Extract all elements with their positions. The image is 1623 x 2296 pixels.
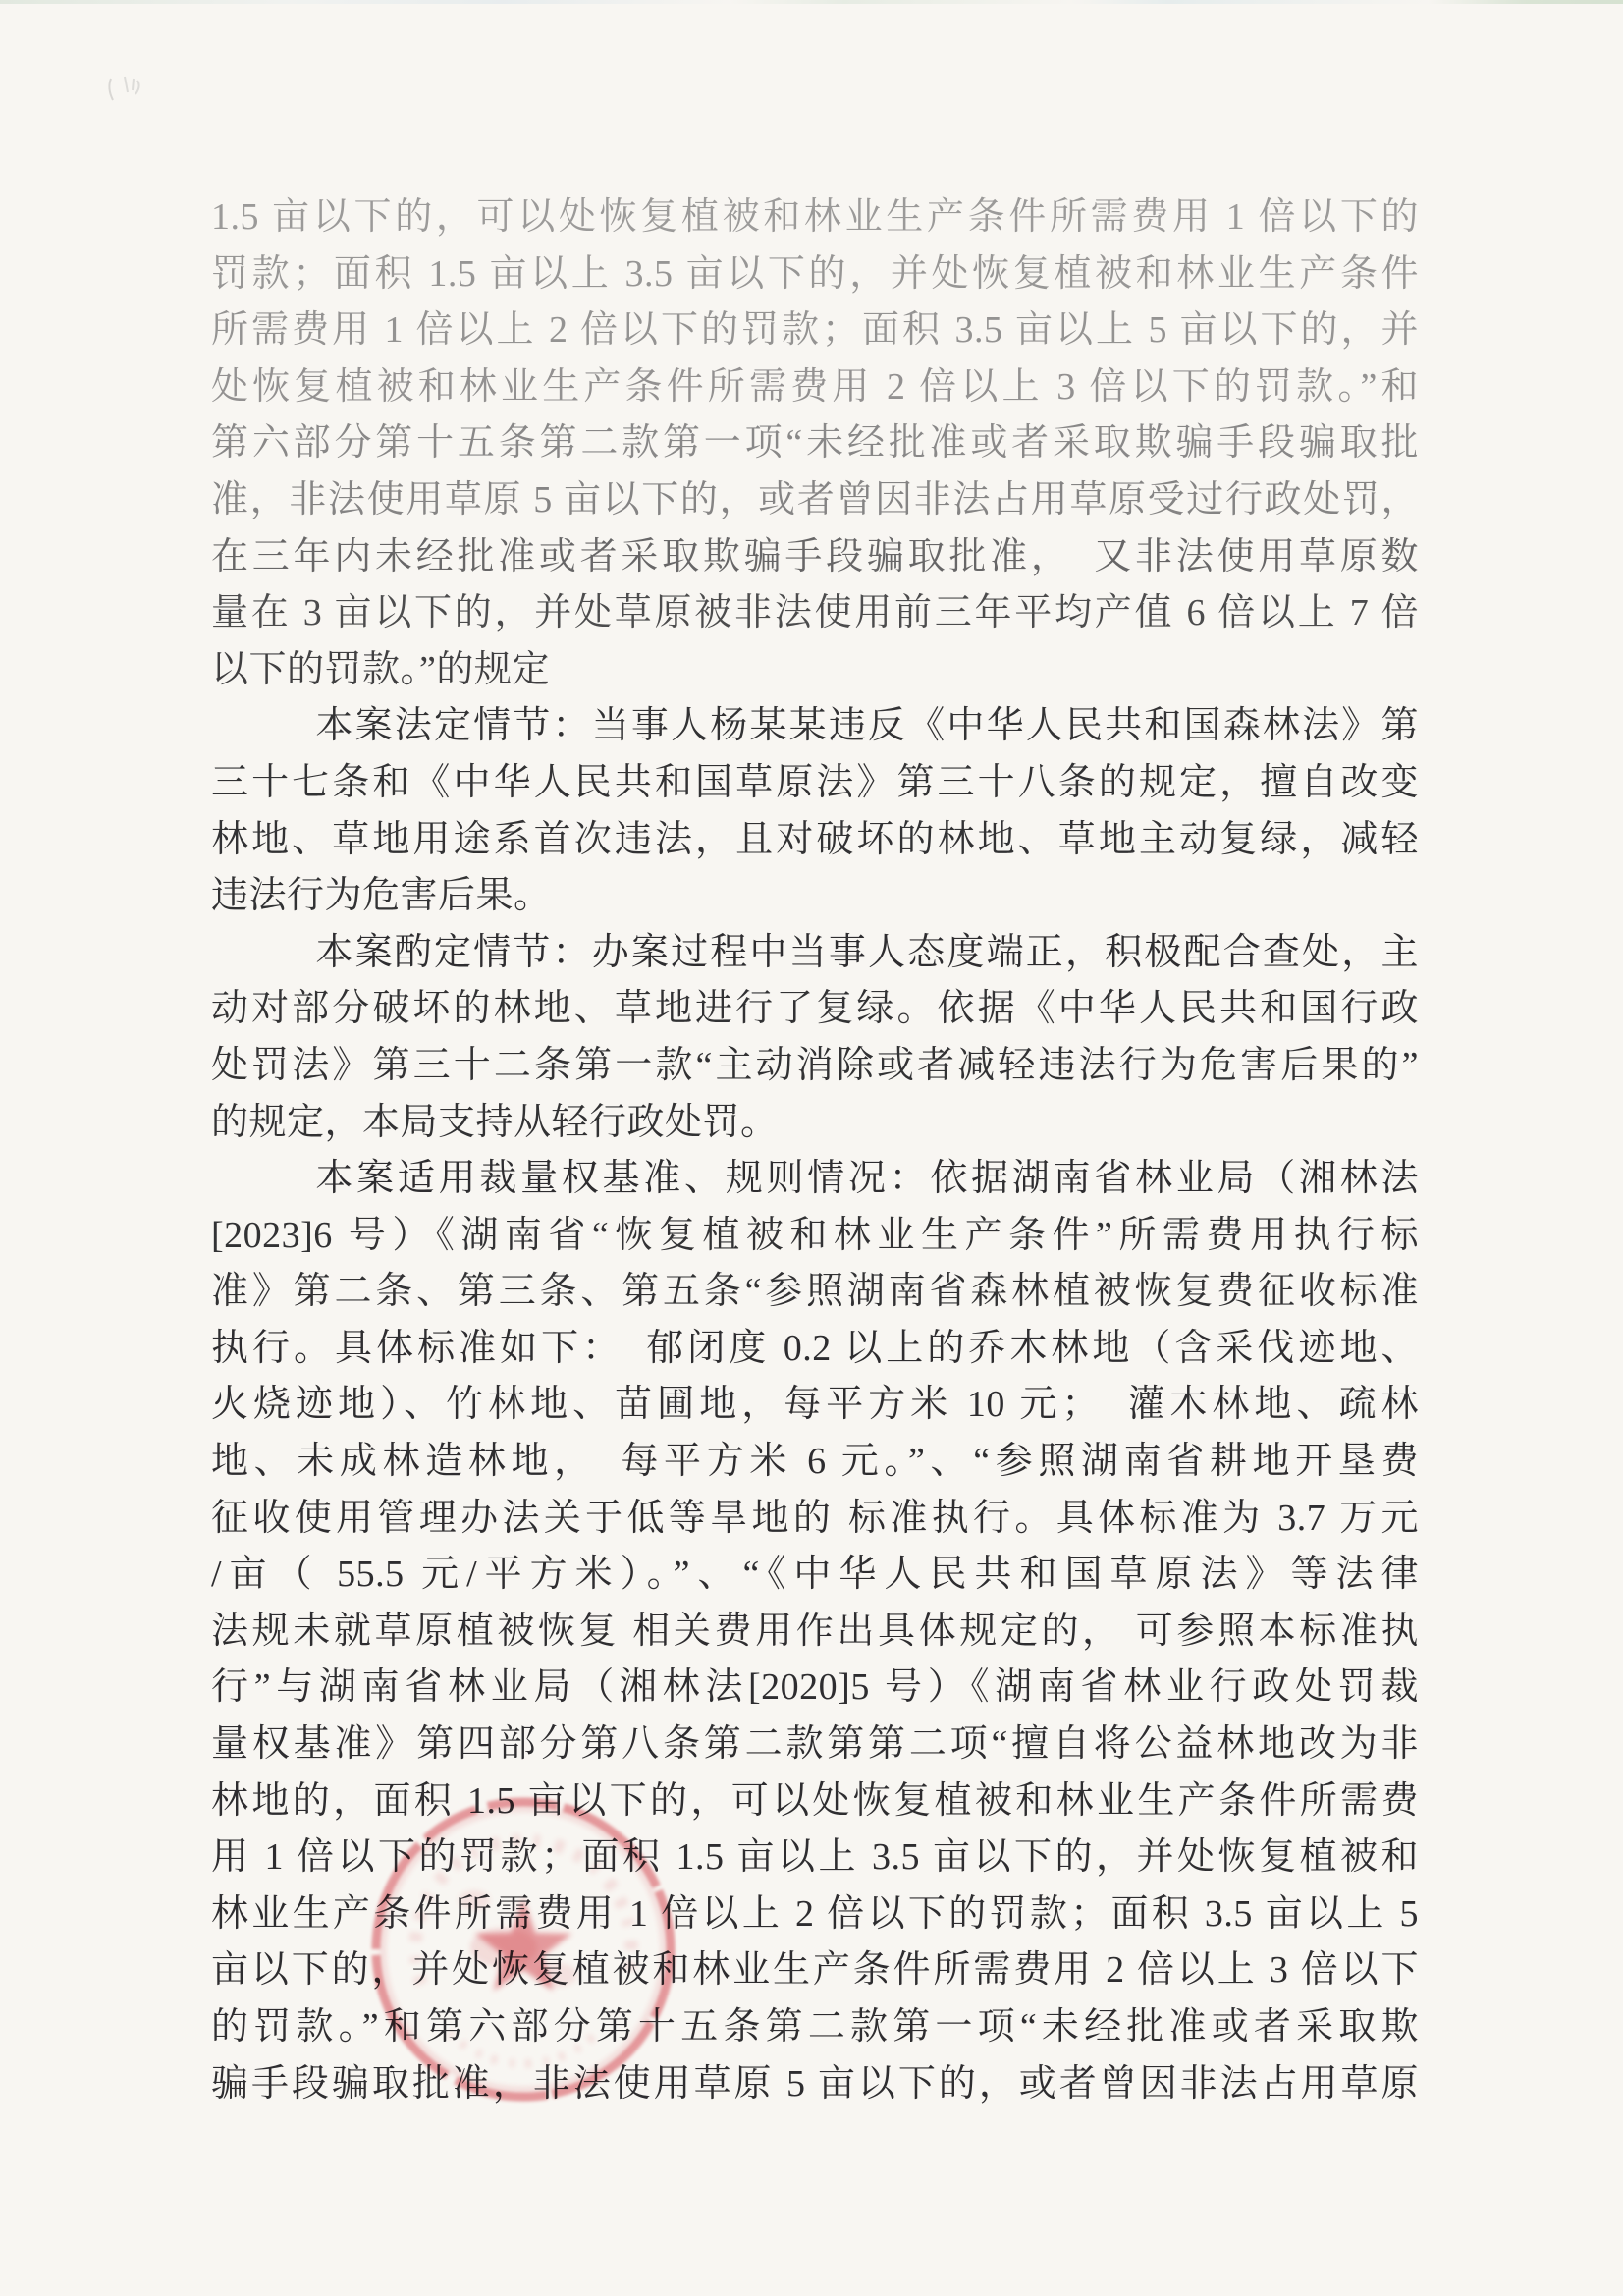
text-line-16: 处罚法》第三十二条第一款“主动消除或者减轻违法行为危害后果的” <box>211 1038 1419 1095</box>
text-line-17: 的规定，本局支持从轻行政处罚。 <box>211 1095 1419 1152</box>
text-line-6: 准，非法使用草原 5 亩以下的，或者曾因非法占用草原受过行政处罚， <box>211 472 1419 529</box>
text-line-18: 本案适用裁量权基准、规则情况：依据湖南省林业局（湘林法 <box>211 1151 1419 1208</box>
text-line-26: 法规未就草原植被恢复 相关费用作出具体规定的， 可参照本标准执 <box>211 1604 1419 1661</box>
text-line-33: 的罚款。”和第六部分第十五条第二款第一项“未经批准或者采取欺 <box>211 1999 1419 2056</box>
text-line-13: 违法行为危害后果。 <box>211 868 1419 925</box>
text-line-8: 量在 3 亩以下的，并处草原被非法使用前三年平均产值 6 倍以上 7 倍 <box>211 585 1419 642</box>
text-line-24: 征收使用管理办法关于低等旱地的 标准执行。具体标准为 3.7 万元 <box>211 1491 1419 1548</box>
text-line-28: 量权基准》第四部分第八条第二款第第二项“擅自将公益林地改为非 <box>211 1717 1419 1774</box>
text-line-25: /亩（ 55.5 元/平方米）。”、“《中华人民共和国草原法》等法律 <box>211 1547 1419 1604</box>
scanned-document-page: 1.5 亩以下的，可以处恢复植被和林业生产条件所需费用 1 倍以下的罚款；面积 … <box>0 0 1623 2296</box>
text-line-21: 执行。具体标准如下： 郁闭度 0.2 以上的乔木林地（含采伐迹地、 <box>211 1321 1419 1378</box>
text-line-23: 地、未成林造林地， 每平方米 6 元。”、“参照湖南省耕地开垦费 <box>211 1434 1419 1491</box>
text-line-14: 本案酌定情节：办案过程中当事人态度端正，积极配合查处，主 <box>211 925 1419 982</box>
text-line-29: 林地的，面积 1.5 亩以下的，可以处恢复植被和林业生产条件所需费 <box>211 1774 1419 1831</box>
text-line-32: 亩以下的，并处恢复植被和林业生产条件所需费用 2 倍以上 3 倍以下 <box>211 1942 1419 1999</box>
text-line-30: 用 1 倍以下的罚款；面积 1.5 亩以上 3.5 亩以下的，并处恢复植被和 <box>211 1830 1419 1886</box>
text-line-3: 所需费用 1 倍以上 2 倍以下的罚款；面积 3.5 亩以上 5 亩以下的，并 <box>211 302 1419 359</box>
text-line-34: 骗手段骗取批准，非法使用草原 5 亩以下的，或者曾因非法占用草原 <box>211 2056 1419 2113</box>
text-line-4: 处恢复植被和林业生产条件所需费用 2 倍以上 3 倍以下的罚款。”和 <box>211 359 1419 416</box>
text-line-20: 准》第二条、第三条、第五条“参照湖南省森林植被恢复费征收标准 <box>211 1264 1419 1321</box>
text-line-27: 行”与湖南省林业局（湘林法[2020]5 号）《湖南省林业行政处罚裁 <box>211 1660 1419 1717</box>
text-line-22: 火烧迹地）、竹林地、苗圃地，每平方米 10 元； 灌木林地、疏林 <box>211 1377 1419 1434</box>
scanner-edge-artifact <box>0 0 1623 4</box>
text-line-12: 林地、草地用途系首次违法，且对破坏的林地、草地主动复绿，减轻 <box>211 812 1419 869</box>
text-line-19: [2023]6 号）《湖南省“恢复植被和林业生产条件”所需费用执行标 <box>211 1208 1419 1265</box>
text-line-10: 本案法定情节：当事人杨某某违反《中华人民共和国森林法》第 <box>211 698 1419 755</box>
text-line-15: 动对部分破坏的林地、草地进行了复绿。依据《中华人民共和国行政 <box>211 981 1419 1038</box>
pencil-smudge <box>103 69 172 118</box>
document-text: 1.5 亩以下的，可以处恢复植被和林业生产条件所需费用 1 倍以下的罚款；面积 … <box>211 190 1419 2112</box>
text-line-9: 以下的罚款。”的规定 <box>211 642 1419 699</box>
text-line-1: 1.5 亩以下的，可以处恢复植被和林业生产条件所需费用 1 倍以下的 <box>211 190 1419 246</box>
text-line-2: 罚款；面积 1.5 亩以上 3.5 亩以下的，并处恢复植被和林业生产条件 <box>211 246 1419 303</box>
text-line-5: 第六部分第十五条第二款第一项“未经批准或者采取欺骗手段骗取批 <box>211 415 1419 472</box>
text-line-7: 在三年内未经批准或者采取欺骗手段骗取批准， 又非法使用草原数 <box>211 529 1419 586</box>
text-line-31: 林业生产条件所需费用 1 倍以上 2 倍以下的罚款；面积 3.5 亩以上 5 <box>211 1886 1419 1943</box>
text-line-11: 三十七条和《中华人民共和国草原法》第三十八条的规定，擅自改变 <box>211 755 1419 812</box>
